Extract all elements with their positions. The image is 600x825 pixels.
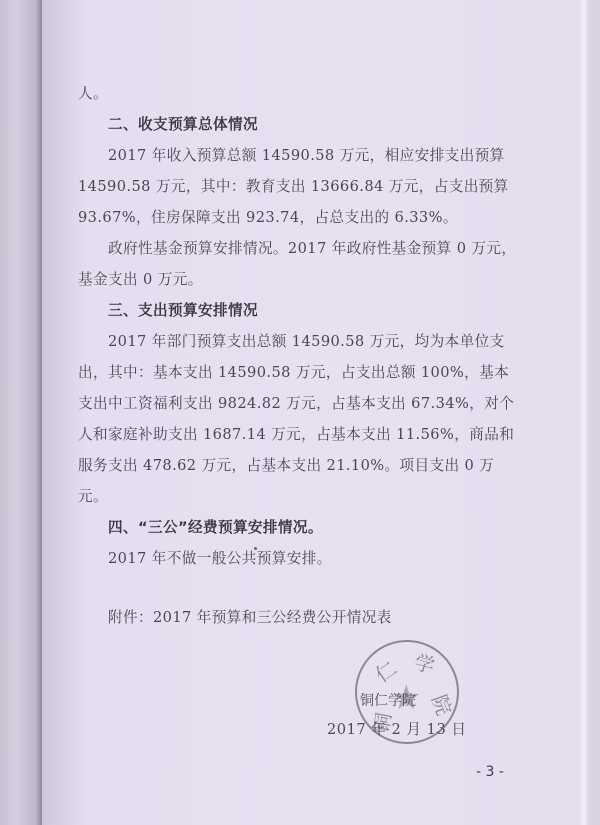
page-number: - 3 -	[476, 764, 504, 780]
paragraph-three-public: 2017 年不做一般公共预算安排。	[78, 543, 518, 574]
signing-date: 2017 年 2 月 13 日	[327, 718, 466, 739]
book-binding-edge	[0, 0, 42, 825]
section-heading-3: 三、支出预算安排情况	[78, 295, 518, 326]
scan-speck	[254, 547, 257, 550]
section-heading-2: 二、收支预算总体情况	[78, 109, 518, 140]
signing-organization: 铜仁学院	[360, 690, 416, 710]
paragraph-revenue-expenditure: 2017 年收入预算总额 14590.58 万元，相应安排支出预算 14590.…	[78, 140, 518, 233]
section-heading-4: 四、“三公”经费预算安排情况。	[78, 512, 518, 543]
seal-char: 学	[412, 646, 439, 679]
attachment-note: 附件：2017 年预算和三公经费公开情况表	[78, 602, 518, 633]
paragraph-expenditure-arrangement: 2017 年部门预算支出总额 14590.58 万元，均为本单位支出，其中：基本…	[78, 326, 518, 512]
page-edge	[580, 0, 590, 825]
paragraph-government-fund: 政府性基金预算安排情况。2017 年政府性基金预算 0 万元，基金支出 0 万元…	[78, 233, 518, 295]
continued-line: 人。	[78, 78, 518, 109]
document-body: 人。 二、收支预算总体情况 2017 年收入预算总额 14590.58 万元，相…	[78, 78, 518, 633]
